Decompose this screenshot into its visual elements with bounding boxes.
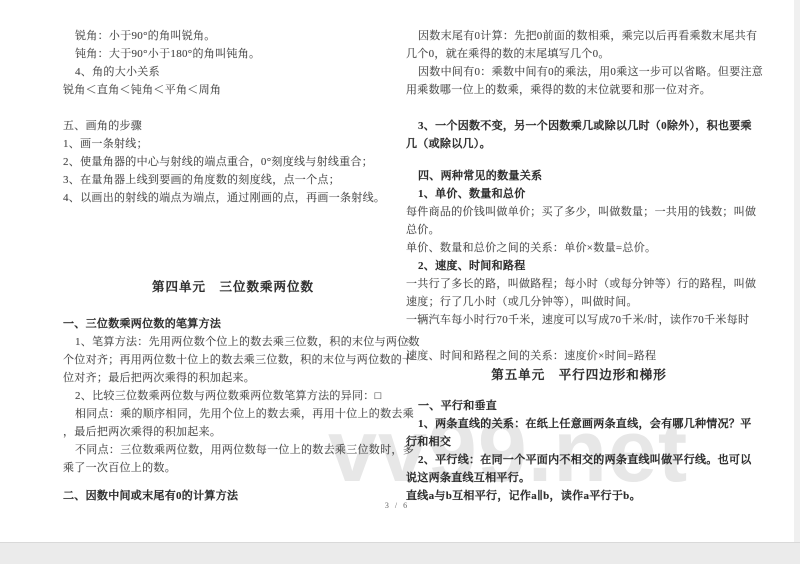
section-heading: 五、画角的步骤 xyxy=(63,117,403,135)
left-column: 锐角：小于90°的角叫锐角。 钝角：大于90°小于180°的角叫钝角。 4、角的… xyxy=(63,27,403,505)
text-line: 3、在量角器上线到要画的角度数的刻度线，点一个点； xyxy=(63,171,403,189)
section-heading: 2、速度、时间和路程 xyxy=(406,257,752,275)
spacer xyxy=(63,99,403,117)
section-heading: 四、两种常见的数量关系 xyxy=(406,167,752,185)
text-line: 总价。 xyxy=(406,221,752,239)
page-edge-bottom xyxy=(0,542,800,564)
right-column: 因数末尾有0计算：先把0前面的数相乘，乘完以后再看乘数末尾共有 几个0，就在乘得… xyxy=(406,27,752,505)
text-line: 说这两条直线互相平行。 xyxy=(406,469,752,487)
text-line: 1、两条直线的关系：在纸上任意画两条直线，会有哪几种情况？平 xyxy=(406,415,752,433)
text-line: 用乘数哪一位上的数乘，乘得的数的末位就要和那一位对齐。 xyxy=(406,81,752,99)
text-line: 每件商品的价钱叫做单价；买了多少，叫做数量；一共用的钱数；叫做 xyxy=(406,203,752,221)
text-line: 锐角＜直角＜钝角＜平角＜周角 xyxy=(63,81,403,99)
text-line: 个位对齐；再用两位数十位上的数去乘三位数，积的末位与两位数的十 xyxy=(63,351,403,369)
text-line: 位对齐；最后把两次乘得的积加起来。 xyxy=(63,369,403,387)
spacer xyxy=(406,153,752,167)
text-line: 速度、时间和路程之间的关系：速度价×时间=路程 xyxy=(406,347,752,365)
text-line: 几个0，就在乘得的数的末尾填写几个0。 xyxy=(406,45,752,63)
text-line: 一辆汽车每小时行70千米，速度可以写成70千米/时，读作70千米每时 xyxy=(406,311,752,329)
text-line: 1、画一条射线； xyxy=(63,135,403,153)
text-line: 4、角的大小关系 xyxy=(63,63,403,81)
text-line: 锐角：小于90°的角叫锐角。 xyxy=(63,27,403,45)
unit-title: 第四单元 三位数乘两位数 xyxy=(63,277,403,297)
text-line: 。 xyxy=(406,329,752,347)
text-line: ，最后把两次乘得的积加起来。 xyxy=(63,423,403,441)
text-line: 相同点：乘的顺序相同，先用个位上的数去乘，再用十位上的数去乘 xyxy=(63,405,403,423)
text-line: 3、一个因数不变，另一个因数乘几或除以几时（0除外），积也要乘 xyxy=(406,117,752,135)
spacer xyxy=(63,477,403,487)
spacer xyxy=(406,385,752,397)
document-page: vv99.net 锐角：小于90°的角叫锐角。 钝角：大于90°小于180°的角… xyxy=(0,0,794,542)
page-number: 3 / 6 xyxy=(0,501,794,510)
text-line: 2、使量角器的中心与射线的端点重合，0°刻度线与射线重合； xyxy=(63,153,403,171)
text-line: 因数中间有0：乘数中间有0的乘法，用0乘这一步可以省略。但要注意 xyxy=(406,63,752,81)
text-line: 4、以画出的射线的端点为端点，通过刚画的点，再画一条射线。 xyxy=(63,189,403,207)
spacer xyxy=(63,297,403,315)
section-heading: 一、三位数乘两位数的笔算方法 xyxy=(63,315,403,333)
text-line: 乘了一次百位上的数。 xyxy=(63,459,403,477)
spacer xyxy=(406,99,752,117)
text-line: 钝角：大于90°小于180°的角叫钝角。 xyxy=(63,45,403,63)
text-line: 1、笔算方法：先用两位数个位上的数去乘三位数，积的末位与两位数 xyxy=(63,333,403,351)
section-heading: 一、平行和垂直 xyxy=(406,397,752,415)
text-line: 单价、数量和总价之间的关系：单价×数量=总价。 xyxy=(406,239,752,257)
unit-title: 第五单元 平行四边形和梯形 xyxy=(406,365,752,385)
text-line: 因数末尾有0计算：先把0前面的数相乘，乘完以后再看乘数末尾共有 xyxy=(406,27,752,45)
section-heading: 1、单价、数量和总价 xyxy=(406,185,752,203)
text-line: 行和相交 xyxy=(406,433,752,451)
text-line: 速度；行了几小时（或几分钟等），叫做时间。 xyxy=(406,293,752,311)
text-line: 不同点：三位数乘两位数，用两位数每一位上的数去乘三位数时，多 xyxy=(63,441,403,459)
page-edge-right xyxy=(794,0,800,542)
text-line: 几（或除以几）。 xyxy=(406,135,752,153)
spacer xyxy=(63,207,403,277)
text-line: 2、平行线：在同一个平面内不相交的两条直线叫做平行线。也可以 xyxy=(406,451,752,469)
text-line: 2、比较三位数乘两位数与两位数乘两位数笔算方法的异同：□ xyxy=(63,387,403,405)
text-line: 一共行了多长的路，叫做路程；每小时（或每分钟等）行的路程，叫做 xyxy=(406,275,752,293)
